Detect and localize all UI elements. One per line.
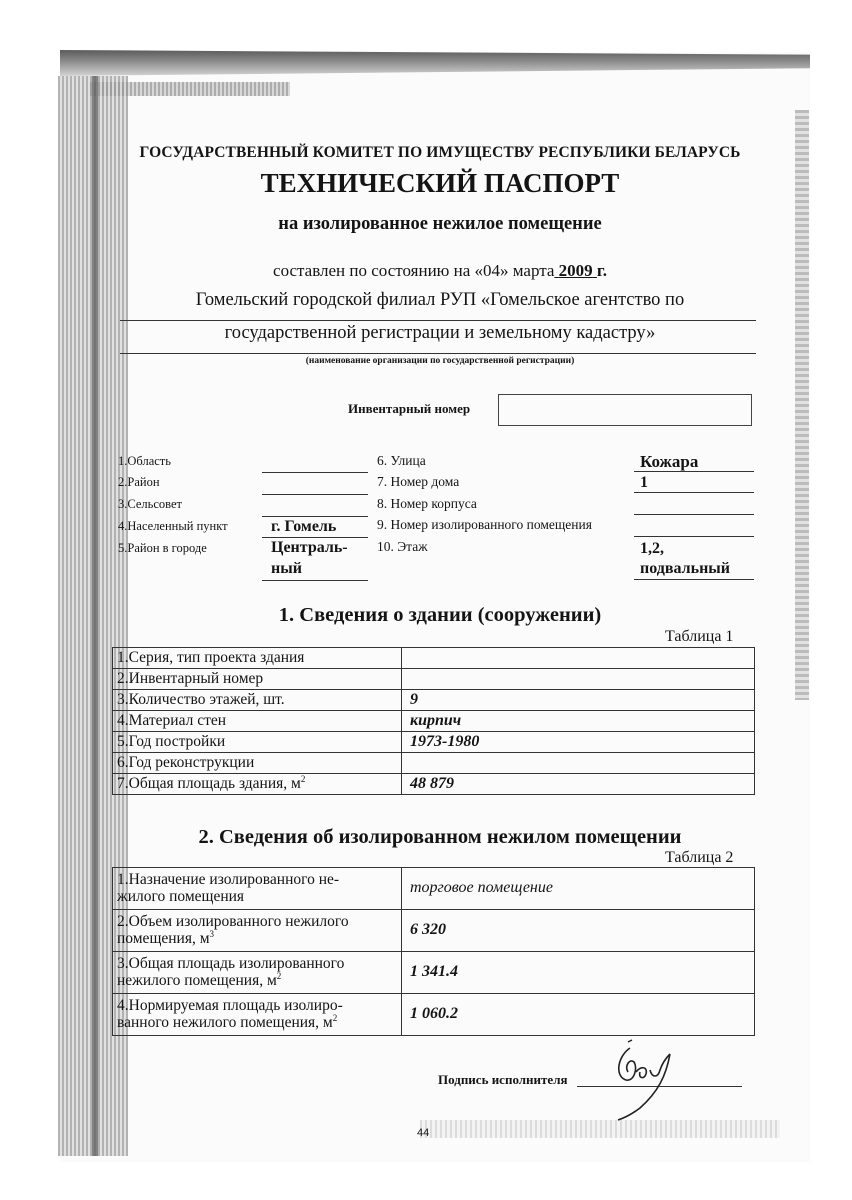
address-label-village-council: 3.Сельсовет xyxy=(118,497,182,512)
address-label-region: 1.Область xyxy=(118,454,171,469)
row-value: 48 879 xyxy=(402,774,755,795)
floor-value: 1,2, xyxy=(640,540,664,558)
address-label-district: 2.Район xyxy=(118,475,160,490)
street-value-line xyxy=(634,471,754,472)
section-2-title: 2. Сведения об изолированном нежилом пом… xyxy=(110,826,770,849)
row-value xyxy=(402,669,755,690)
table-row: 3.Общая площадь изолированногонежилого п… xyxy=(113,952,755,994)
section-1-title: 1. Сведения о здании (сооружении) xyxy=(110,604,770,627)
table-building-info: 1.Серия, тип проекта здания 2.Инвентарны… xyxy=(112,647,755,795)
organization-underline-2 xyxy=(120,353,756,354)
row-label: 3.Общая площадь изолированногонежилого п… xyxy=(113,952,402,994)
compiled-prefix: составлен по состоянию на «04» марта xyxy=(273,261,554,280)
row-label: 6.Год реконструкции xyxy=(113,753,402,774)
row-label: 2.Инвентарный номер xyxy=(113,669,402,690)
address-label-settlement: 4.Населенный пункт xyxy=(118,519,228,534)
compiled-suffix: г. xyxy=(597,261,607,280)
table-row: 3.Количество этажей, шт. 9 xyxy=(113,690,755,711)
address-label-premises-number: 9. Номер изолированного помещения xyxy=(377,517,592,533)
row-label: 3.Количество этажей, шт. xyxy=(113,690,402,711)
table-row: 2.Объем изолированного нежилогопомещения… xyxy=(113,910,755,952)
compiled-date: составлен по состоянию на «04» марта 200… xyxy=(130,261,750,281)
table-premises-info: 1.Назначение изолированного не-жилого по… xyxy=(112,867,755,1036)
organization-underline-1 xyxy=(120,320,756,321)
table-row: 1.Назначение изолированного не-жилого по… xyxy=(113,868,755,910)
inventory-number-field xyxy=(498,394,752,426)
house-number-value-line xyxy=(634,492,754,493)
handwritten-signature-icon xyxy=(600,1036,690,1126)
signature-label: Подпись исполнителя xyxy=(438,1072,568,1088)
organization-line-2: государственной регистрации и земельному… xyxy=(110,323,770,344)
address-label-building-number: 8. Номер корпуса xyxy=(377,496,477,512)
row-label: 1.Серия, тип проекта здания xyxy=(113,648,402,669)
house-number-value: 1 xyxy=(640,474,648,492)
row-value: 1 341.4 xyxy=(402,952,755,994)
district-value-line xyxy=(262,494,368,495)
table-row: 6.Год реконструкции xyxy=(113,753,755,774)
table-row: 7.Общая площадь здания, м2 48 879 xyxy=(113,774,755,795)
table-row: 4.Нормируемая площадь изолиро-ванного не… xyxy=(113,994,755,1036)
table-row: 5.Год постройки 1973-1980 xyxy=(113,732,755,753)
city-district-value: Централь- xyxy=(271,539,348,557)
floor-value-cont: подвальный xyxy=(640,560,730,578)
row-label: 2.Объем изолированного нежилогопомещения… xyxy=(113,910,402,952)
row-value: 9 xyxy=(402,690,755,711)
settlement-value: г. Гомель xyxy=(271,518,336,536)
table-row: 4.Материал стен кирпич xyxy=(113,711,755,732)
row-value: 1973-1980 xyxy=(402,732,755,753)
row-label: 1.Назначение изолированного не-жилого по… xyxy=(113,868,402,910)
page-number: 44 xyxy=(417,1127,429,1139)
region-value-line xyxy=(262,472,368,473)
address-label-city-district: 5.Район в городе xyxy=(118,541,207,556)
address-label-street: 6. Улица xyxy=(377,453,426,469)
row-value: 6 320 xyxy=(402,910,755,952)
row-label: 5.Год постройки xyxy=(113,732,402,753)
row-value: 1 060.2 xyxy=(402,994,755,1036)
organization-caption: (наименование организации по государстве… xyxy=(110,356,770,366)
scan-fold-line xyxy=(92,76,98,1156)
floor-value-line xyxy=(634,579,754,580)
street-value: Кожара xyxy=(640,452,698,472)
city-district-value-cont: ный xyxy=(271,560,302,578)
row-label: 4.Нормируемая площадь изолиро-ванного не… xyxy=(113,994,402,1036)
address-label-house-number: 7. Номер дома xyxy=(377,474,459,490)
village-council-value-line xyxy=(262,516,368,517)
row-value xyxy=(402,648,755,669)
table-row: 1.Серия, тип проекта здания xyxy=(113,648,755,669)
row-label: 7.Общая площадь здания, м2 xyxy=(113,774,402,795)
inventory-number-label: Инвентарный номер xyxy=(348,401,470,417)
compiled-year: 2009 xyxy=(554,261,597,280)
city-district-value-line xyxy=(262,580,368,581)
table-1-caption: Таблица 1 xyxy=(665,628,733,646)
document-title: ТЕХНИЧЕСКИЙ ПАСПОРТ xyxy=(130,168,750,199)
scan-shadow-right xyxy=(795,110,809,700)
row-value: кирпич xyxy=(402,711,755,732)
building-number-value-line xyxy=(634,514,754,515)
row-value: торговое помещение xyxy=(402,868,755,910)
settlement-value-line xyxy=(262,537,368,538)
table-2-caption: Таблица 2 xyxy=(665,849,733,867)
table-row: 2.Инвентарный номер xyxy=(113,669,755,690)
premises-number-value-line xyxy=(634,536,754,537)
committee-name: ГОСУДАРСТВЕННЫЙ КОМИТЕТ ПО ИМУЩЕСТВУ РЕС… xyxy=(130,144,750,162)
organization-line-1: Гомельский городской филиал РУП «Гомельс… xyxy=(110,290,770,311)
document-subtitle: на изолированное нежилое помещение xyxy=(130,214,750,235)
row-label: 4.Материал стен xyxy=(113,711,402,732)
row-value xyxy=(402,753,755,774)
address-label-floor: 10. Этаж xyxy=(377,539,428,555)
